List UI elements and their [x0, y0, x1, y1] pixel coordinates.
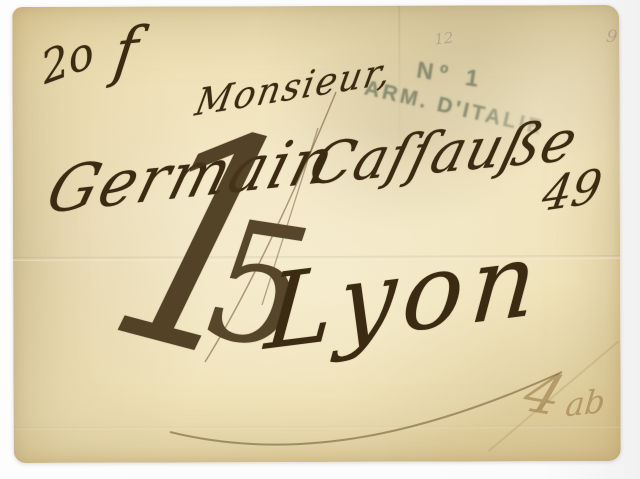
paraph-note: f: [110, 19, 141, 85]
letter-paper: 12 9 2o f Monsieur, Nº 1 ARM. D'ITALIE G…: [12, 5, 621, 463]
bottom-right-note-right: ab: [564, 385, 607, 422]
photo-backdrop: 12 9 2o f Monsieur, Nº 1 ARM. D'ITALIE G…: [0, 0, 640, 479]
weight-note: 2o: [38, 29, 97, 92]
bottom-right-note-left: 4: [516, 365, 570, 425]
city-name: Lyon: [262, 227, 547, 366]
pencil-note-right: 9: [605, 28, 618, 46]
recipient-last-name: Caſſauße: [304, 113, 584, 195]
pencil-note-left: 12: [434, 31, 455, 48]
address-number-note: 49: [539, 162, 605, 218]
lower-fold-crease: [14, 425, 621, 430]
postmark-number-line: Nº 1: [415, 58, 486, 91]
